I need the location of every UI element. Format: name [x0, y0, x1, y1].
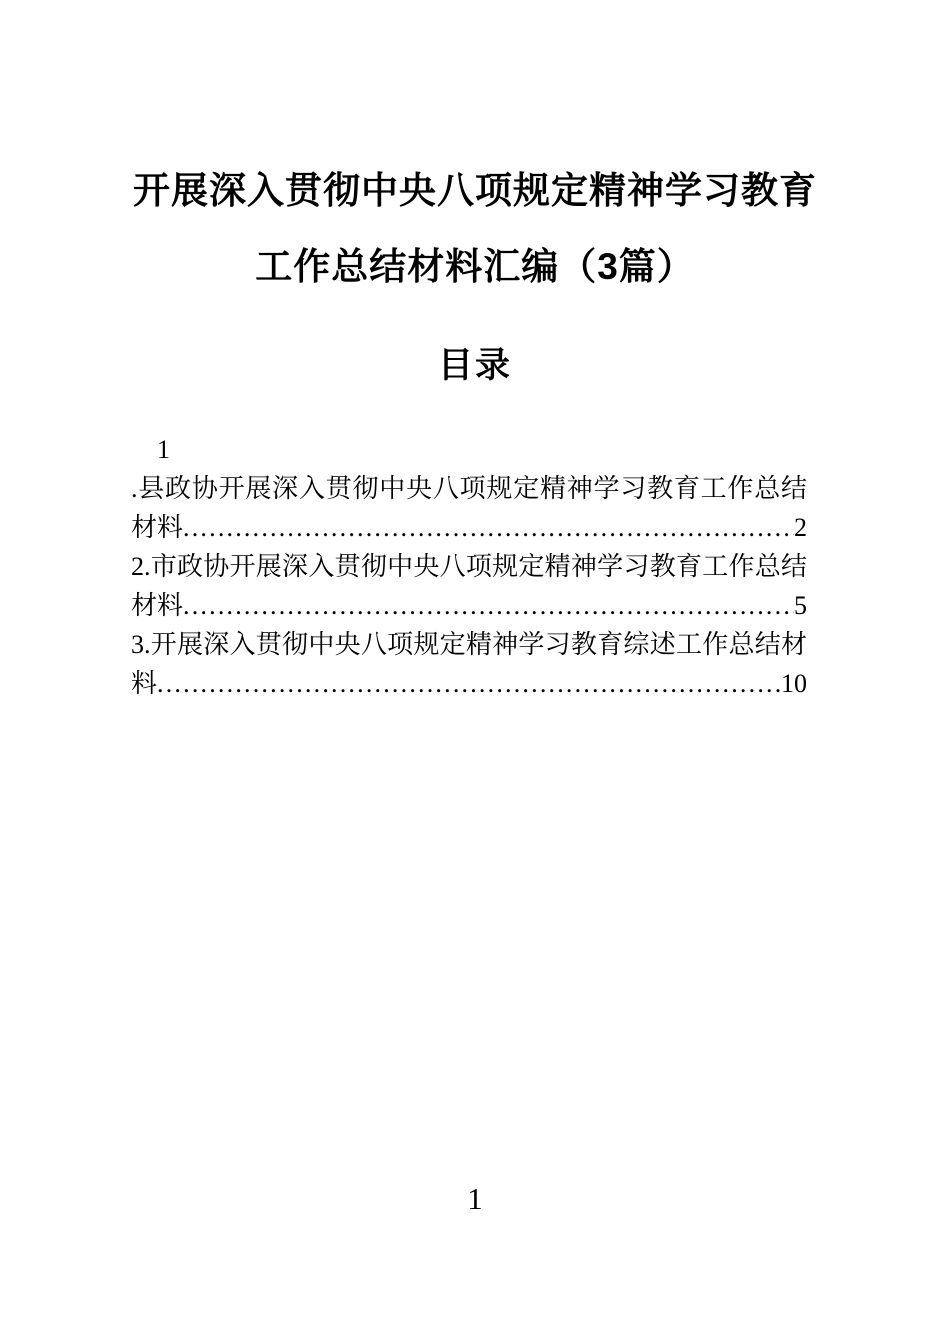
toc-entry-1-leader-line: 材料 .....................................…: [131, 508, 807, 547]
toc-entry-2-text: 市政协开展深入贯彻中央八项规定精神学习教育工作总结: [151, 551, 808, 581]
toc-entry-1-wrap-label: 材料: [131, 508, 183, 547]
toc-entry-1-dot-leader: ........................................…: [183, 508, 794, 547]
footer-page-number: 1: [467, 1181, 483, 1216]
toc-entry-2-wrap-label: 材料: [131, 586, 183, 625]
toc-entry-3-wrap-label: 料: [131, 664, 157, 703]
title-line-2: 工作总结材料汇编（3篇）: [0, 229, 950, 305]
toc-entry-1-title: .县政协开展深入贯彻中央八项规定精神学习教育工作总结: [131, 469, 807, 508]
toc-entry-1-page-number: 2: [794, 508, 807, 547]
toc-heading: 目录: [0, 344, 950, 388]
toc-entry-3-dot-leader: ........................................…: [157, 664, 781, 703]
toc-entry-3-text: 开展深入贯彻中央八项规定精神学习教育综述工作总结材: [151, 629, 808, 659]
page-footer: 1: [0, 1182, 950, 1215]
toc-entry-2-dot-leader: ........................................…: [183, 586, 794, 625]
document-title: 开展深入贯彻中央八项规定精神学习教育 工作总结材料汇编（3篇）: [0, 153, 950, 305]
document-page: 开展深入贯彻中央八项规定精神学习教育 工作总结材料汇编（3篇） 目录 1 .县政…: [0, 0, 950, 1344]
toc-entry-3-leader-line: 料 ......................................…: [131, 664, 807, 703]
toc-entry-3-page-number: 10: [781, 664, 807, 703]
toc-entry-2-title: 2.市政协开展深入贯彻中央八项规定精神学习教育工作总结: [131, 547, 807, 586]
toc-entry-1-text: 县政协开展深入贯彻中央八项规定精神学习教育工作总结: [138, 473, 808, 503]
toc-entry-2-page-number: 5: [794, 586, 807, 625]
title-line-1: 开展深入贯彻中央八项规定精神学习教育: [0, 153, 950, 229]
toc-entry-2-leader-line: 材料 .....................................…: [131, 586, 807, 625]
toc-entry-2-prefix: 2.: [131, 552, 151, 581]
toc-entry-3-title: 3.开展深入贯彻中央八项规定精神学习教育综述工作总结材: [131, 625, 807, 664]
toc-entry-3-prefix: 3.: [131, 630, 151, 659]
table-of-contents: 1 .县政协开展深入贯彻中央八项规定精神学习教育工作总结 材料 ........…: [131, 430, 807, 703]
toc-entry-1-number: 1: [131, 430, 807, 469]
